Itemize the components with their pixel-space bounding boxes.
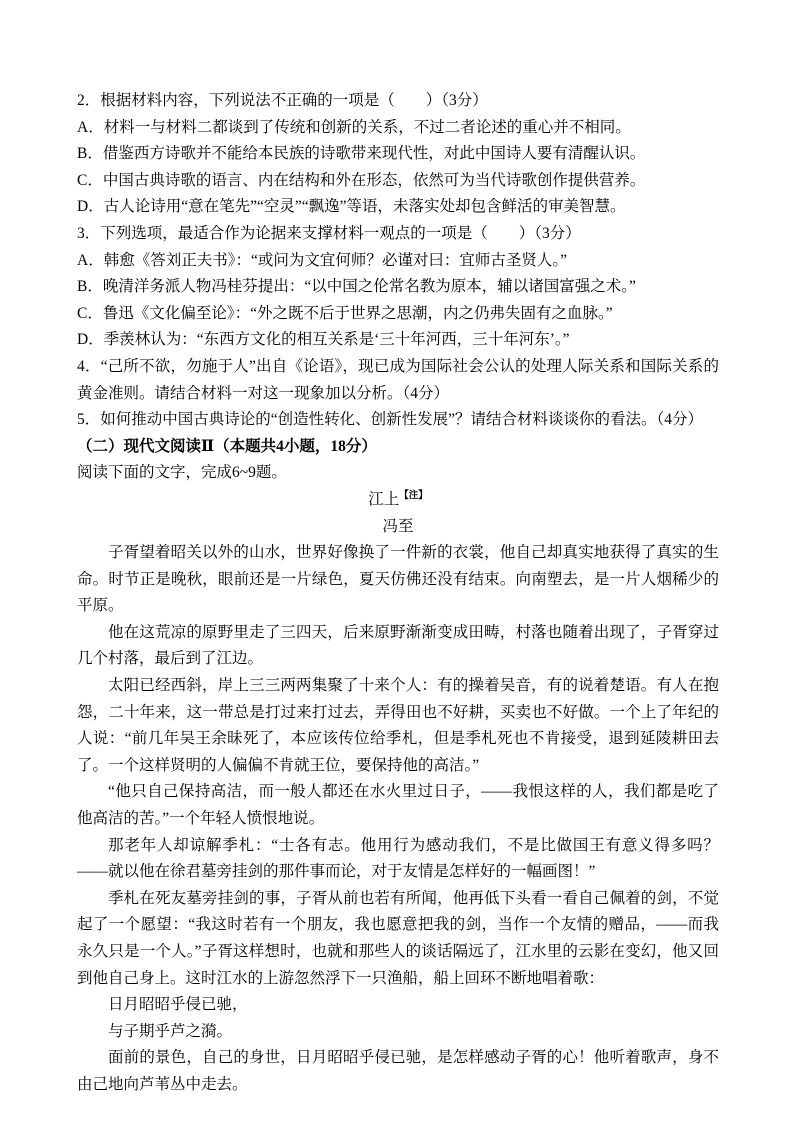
passage-paragraph-2: 他在这荒凉的原野里走了三四天，后来原野渐渐变成田畴，村落也随着出现了，子胥穿过几… xyxy=(77,620,719,673)
question-2-option-a: A．材料一与材料二都谈到了传统和创新的关系，不过二者论述的重心并不相同。 xyxy=(77,115,719,142)
question-3-option-d: D．季羡林认为：“东西方文化的相互关系是‘三十年河西，三十年河东’。” xyxy=(77,327,719,354)
question-3-option-b: B．晚清洋务派人物冯桂芬提出：“以中国之伦常名教为原本，辅以诸国富强之术。” xyxy=(77,274,719,301)
question-3-stem: 3．下列选项，最适合作为论据来支撑材料一观点的一项是（ ）（3分） xyxy=(77,221,719,248)
question-3-option-a: A．韩愈《答刘正夫书》：“或问为文宜何师？必谨对曰：宜师古圣贤人。” xyxy=(77,248,719,275)
passage-paragraph-6: 季札在死友墓旁挂剑的事，子胥从前也若有所闻，他再低下头看一看自己佩着的剑，不觉起… xyxy=(77,886,719,992)
question-3-option-c: C．鲁迅《文化偏至论》：“外之既不后于世界之思潮，内之仍弗失固有之血脉。” xyxy=(77,301,719,328)
question-3-block: 3．下列选项，最适合作为论据来支撑材料一观点的一项是（ ）（3分） A．韩愈《答… xyxy=(77,221,719,354)
passage-paragraph-4: “他只自己保持高洁，而一般人都还在水火里过日子，——我恨这样的人，我们都是吃了他… xyxy=(77,779,719,832)
question-2-option-c: C．中国古典诗歌的语言、内在结构和外在形态，依然可为当代诗歌创作提供营养。 xyxy=(77,168,719,195)
title-note-superscript: 【注】 xyxy=(399,491,428,501)
passage-body: 子胥望着昭关以外的山水，世界好像换了一件新的衣裳，他自己却真实地获得了真实的生命… xyxy=(77,540,719,1098)
question-2-block: 2．根据材料内容，下列说法不正确的一项是（ ）（3分） A．材料一与材料二都谈到… xyxy=(77,88,719,221)
passage-title: 江上 xyxy=(368,491,399,508)
passage-title-line: 江上【注】 xyxy=(77,487,719,514)
passage-author: 冯至 xyxy=(77,514,719,541)
question-5-text: 5．如何推动中国古典诗论的“创造性转化、创新性发展”？请结合材料谈谈你的看法。（… xyxy=(77,407,719,434)
passage-paragraph-7: 面前的景色，自己的身世，日月昭昭乎侵已驰，是怎样感动子胥的心！他听着歌声，身不由… xyxy=(77,1045,719,1098)
question-2-stem: 2．根据材料内容，下列说法不正确的一项是（ ）（3分） xyxy=(77,88,719,115)
exam-paper-page: 2．根据材料内容，下列说法不正确的一项是（ ）（3分） A．材料一与材料二都谈到… xyxy=(0,0,794,1123)
reading-instruction: 阅读下面的文字，完成6~9题。 xyxy=(77,460,719,487)
passage-paragraph-3: 太阳已经西斜，岸上三三两两集聚了十来个人：有的操着吴音，有的说着楚语。有人在抱怨… xyxy=(77,673,719,779)
question-2-option-d: D．古人论诗用“意在笔先”“空灵”“飘逸”等语，未落实处却包含鲜活的审美智慧。 xyxy=(77,194,719,221)
question-2-option-b: B．借鉴西方诗歌并不能给本民族的诗歌带来现代性，对此中国诗人要有清醒认识。 xyxy=(77,141,719,168)
poem-line-2: 与子期乎芦之漪。 xyxy=(77,1019,719,1046)
section-2-heading: （二）现代文阅读Ⅱ（本题共4小题，18分） xyxy=(77,434,719,461)
passage-paragraph-1: 子胥望着昭关以外的山水，世界好像换了一件新的衣裳，他自己却真实地获得了真实的生命… xyxy=(77,540,719,620)
question-4-text: 4．“己所不欲，勿施于人”出自《论语》，现已成为国际社会公认的处理人际关系和国际… xyxy=(77,354,719,407)
passage-paragraph-5: 那老年人却谅解季札：“士各有志。他用行为感动我们，不是比做国王有意义得多吗？——… xyxy=(77,833,719,886)
poem-line-1: 日月昭昭乎侵已驰， xyxy=(77,992,719,1019)
